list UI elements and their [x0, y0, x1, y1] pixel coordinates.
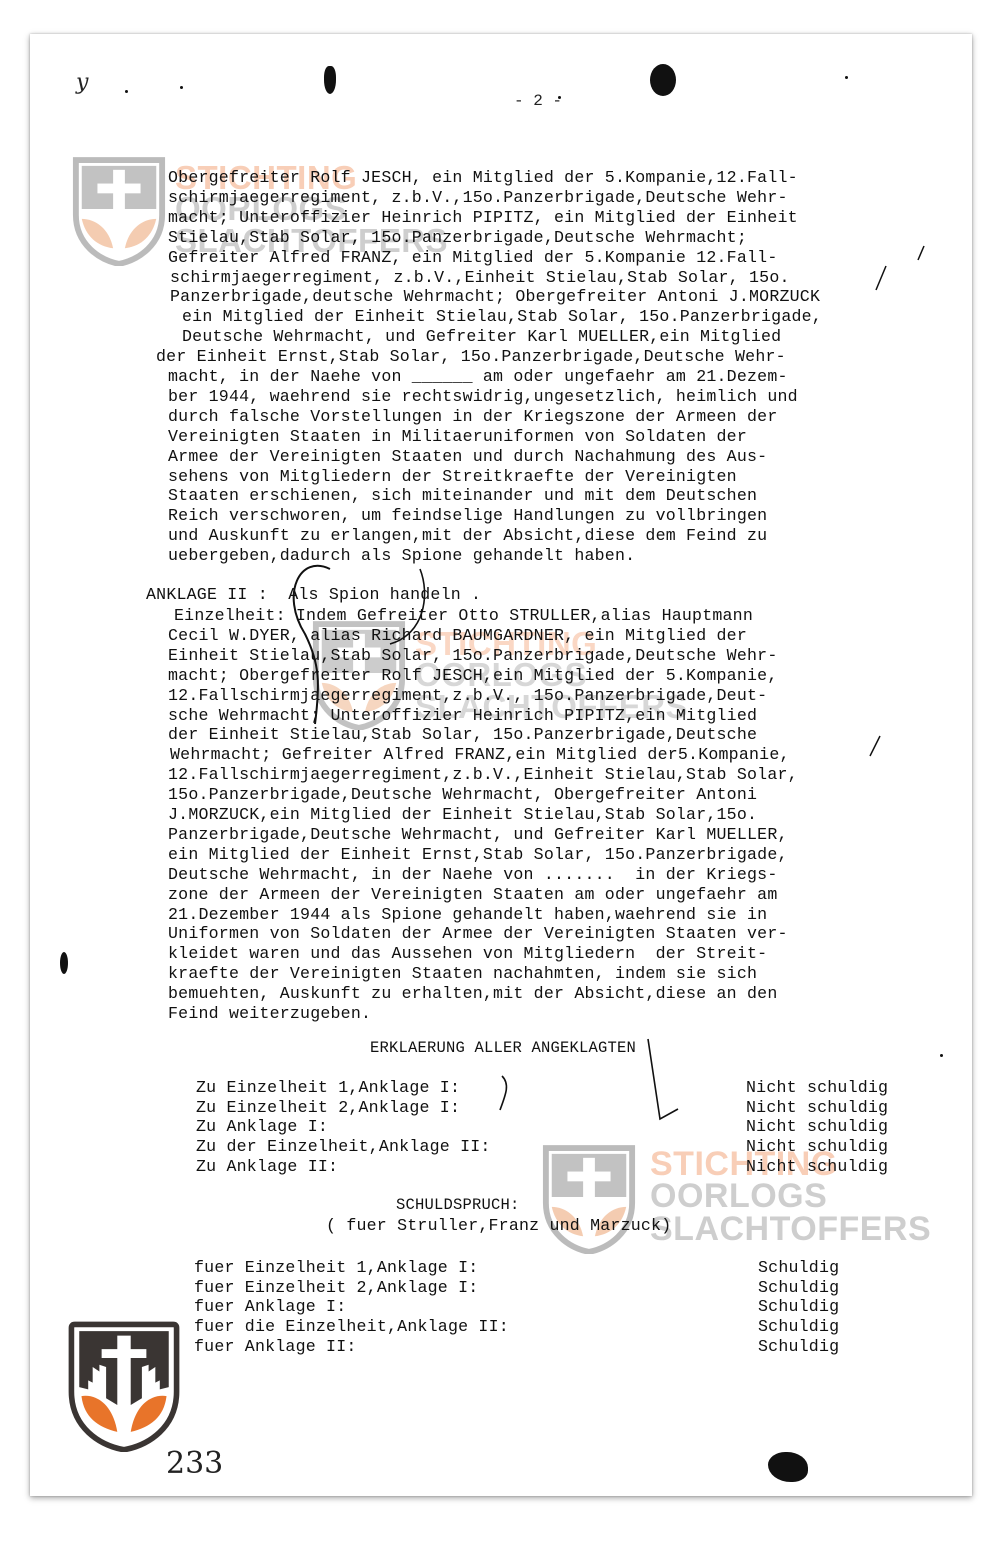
pen-annotation [30, 34, 972, 1496]
stichting-logo-icon [68, 1320, 180, 1452]
document-page: y - 2 - STICHTING OORLOGS SLACHTOFFERS S… [30, 34, 972, 1496]
handwritten-page-number: 233 [166, 1446, 223, 1481]
